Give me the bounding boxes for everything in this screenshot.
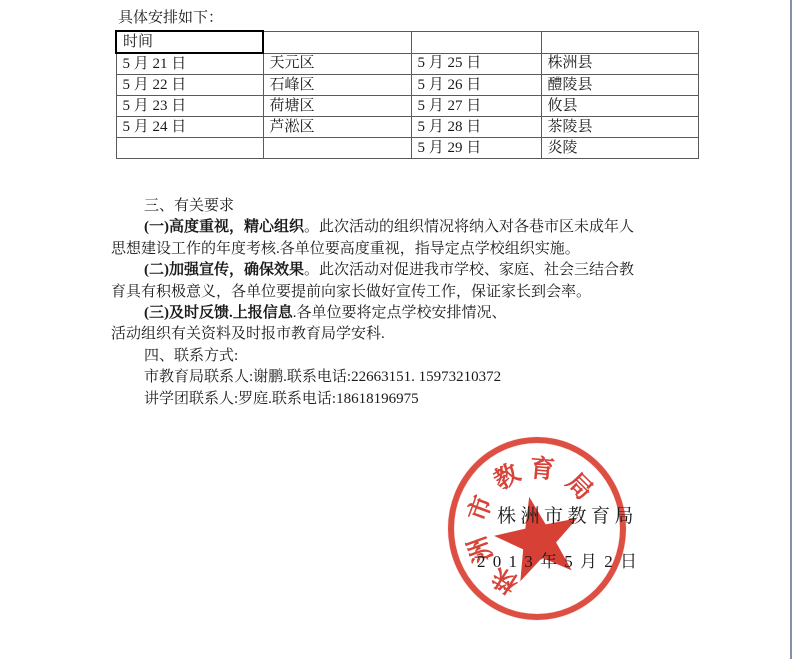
body-line: 育具有积极意义，各单位要提前向家长做好宣传工作，保证家长到会率。 (111, 282, 716, 303)
table-cell: 5 月 29 日 (411, 138, 541, 159)
text-segment: 市教育局联系人:谢鹏.联系电话:22663151. 15973210372 (144, 369, 501, 385)
text-segment: 。此次活动的组织情况将纳入对各巷市区未成年人 (304, 219, 634, 235)
table-cell: 5 月 28 日 (411, 117, 541, 138)
text-segment: 讲学团联系人:罗庭.联系电话:18618196975 (144, 391, 419, 407)
table-cell: 5 月 21 日 (116, 53, 263, 75)
text-segment: (一)高度重视，精心组织 (144, 219, 304, 235)
text-segment: 。此次活动对促进我市学校、家庭、社会三结合教 (304, 262, 634, 278)
table-row: 5 月 22 日石峰区5 月 26 日醴陵县 (116, 75, 698, 96)
text-segment: (三)及时反馈.上报信息 (144, 305, 293, 321)
text-segment: (二)加强宣传，确保效果 (144, 262, 304, 278)
table-cell: 5 月 26 日 (411, 75, 541, 96)
table-cell: 5 月 23 日 (116, 96, 263, 117)
table-cell: 时间 (116, 31, 263, 53)
text-segment: 三、有关要求 (144, 198, 234, 214)
text-segment: .各单位要将定点学校安排情况、 (293, 305, 507, 321)
body-line: 市教育局联系人:谢鹏.联系电话:22663151. 15973210372 (111, 367, 716, 388)
table-cell: 5 月 27 日 (411, 96, 541, 117)
window-right-border (790, 0, 792, 659)
table-cell (116, 138, 263, 159)
table-cell: 芦淞区 (263, 117, 411, 138)
body-line: (一)高度重视，精心组织。此次活动的组织情况将纳入对各巷市区未成年人 (111, 217, 716, 238)
body-line: (二)加强宣传，确保效果。此次活动对促进我市学校、家庭、社会三结合教 (111, 260, 716, 281)
table-row: 5 月 29 日炎陵 (116, 138, 698, 159)
text-segment: 思想建设工作的年度考核.各单位要高度重视，指导定点学校组织实施。 (111, 241, 580, 257)
table-cell (541, 31, 698, 53)
table-cell: 天元区 (263, 53, 411, 75)
table-cell: 5 月 24 日 (116, 117, 263, 138)
table-row: 5 月 24 日芦淞区5 月 28 日茶陵县 (116, 117, 698, 138)
seal-arc-char: 育 (528, 448, 556, 486)
official-seal: 株洲市教育局 (448, 437, 626, 620)
text-segment: 四、联系方式: (144, 348, 238, 364)
table-cell (263, 31, 411, 53)
body-line: (三)及时反馈.上报信息.各单位要将定点学校安排情况、 (111, 303, 716, 324)
table-cell: 石峰区 (263, 75, 411, 96)
body-line: 活动组织有关资料及时报市教育局学安科. (111, 324, 716, 345)
seal-org-text: 株洲市教育局 (497, 501, 638, 528)
seal-date-text: 2 0 1 3 年 5 月 2 日 (477, 547, 639, 572)
table-cell: 醴陵县 (541, 75, 698, 96)
table-cell (263, 138, 411, 159)
body-line: 思想建设工作的年度考核.各单位要高度重视，指导定点学校组织实施。 (111, 239, 716, 260)
table-cell: 5 月 25 日 (411, 53, 541, 75)
intro-text: 具体安排如下： (118, 8, 223, 28)
body-line: 四、联系方式: (111, 346, 716, 367)
body-text: 三、有关要求(一)高度重视，精心组织。此次活动的组织情况将纳入对各巷市区未成年人… (111, 196, 716, 410)
body-line: 讲学团联系人:罗庭.联系电话:18618196975 (111, 389, 716, 410)
text-segment: 活动组织有关资料及时报市教育局学安科. (111, 326, 385, 342)
table-cell (411, 31, 541, 53)
table-row: 5 月 21 日天元区5 月 25 日株洲县 (116, 53, 698, 75)
table-cell: 茶陵县 (541, 117, 698, 138)
table-cell: 荷塘区 (263, 96, 411, 117)
table-cell: 5 月 22 日 (116, 75, 263, 96)
table-cell: 株洲县 (541, 53, 698, 75)
body-line: 三、有关要求 (111, 196, 716, 217)
table-row: 5 月 23 日荷塘区5 月 27 日攸县 (116, 96, 698, 117)
text-segment: 育具有积极意义，各单位要提前向家长做好宣传工作，保证家长到会率。 (111, 284, 591, 300)
table-cell: 炎陵 (541, 138, 698, 159)
table-header-row: 时间 (116, 31, 698, 53)
schedule-table: 时间5 月 21 日天元区5 月 25 日株洲县5 月 22 日石峰区5 月 2… (115, 30, 699, 159)
table-cell: 攸县 (541, 96, 698, 117)
